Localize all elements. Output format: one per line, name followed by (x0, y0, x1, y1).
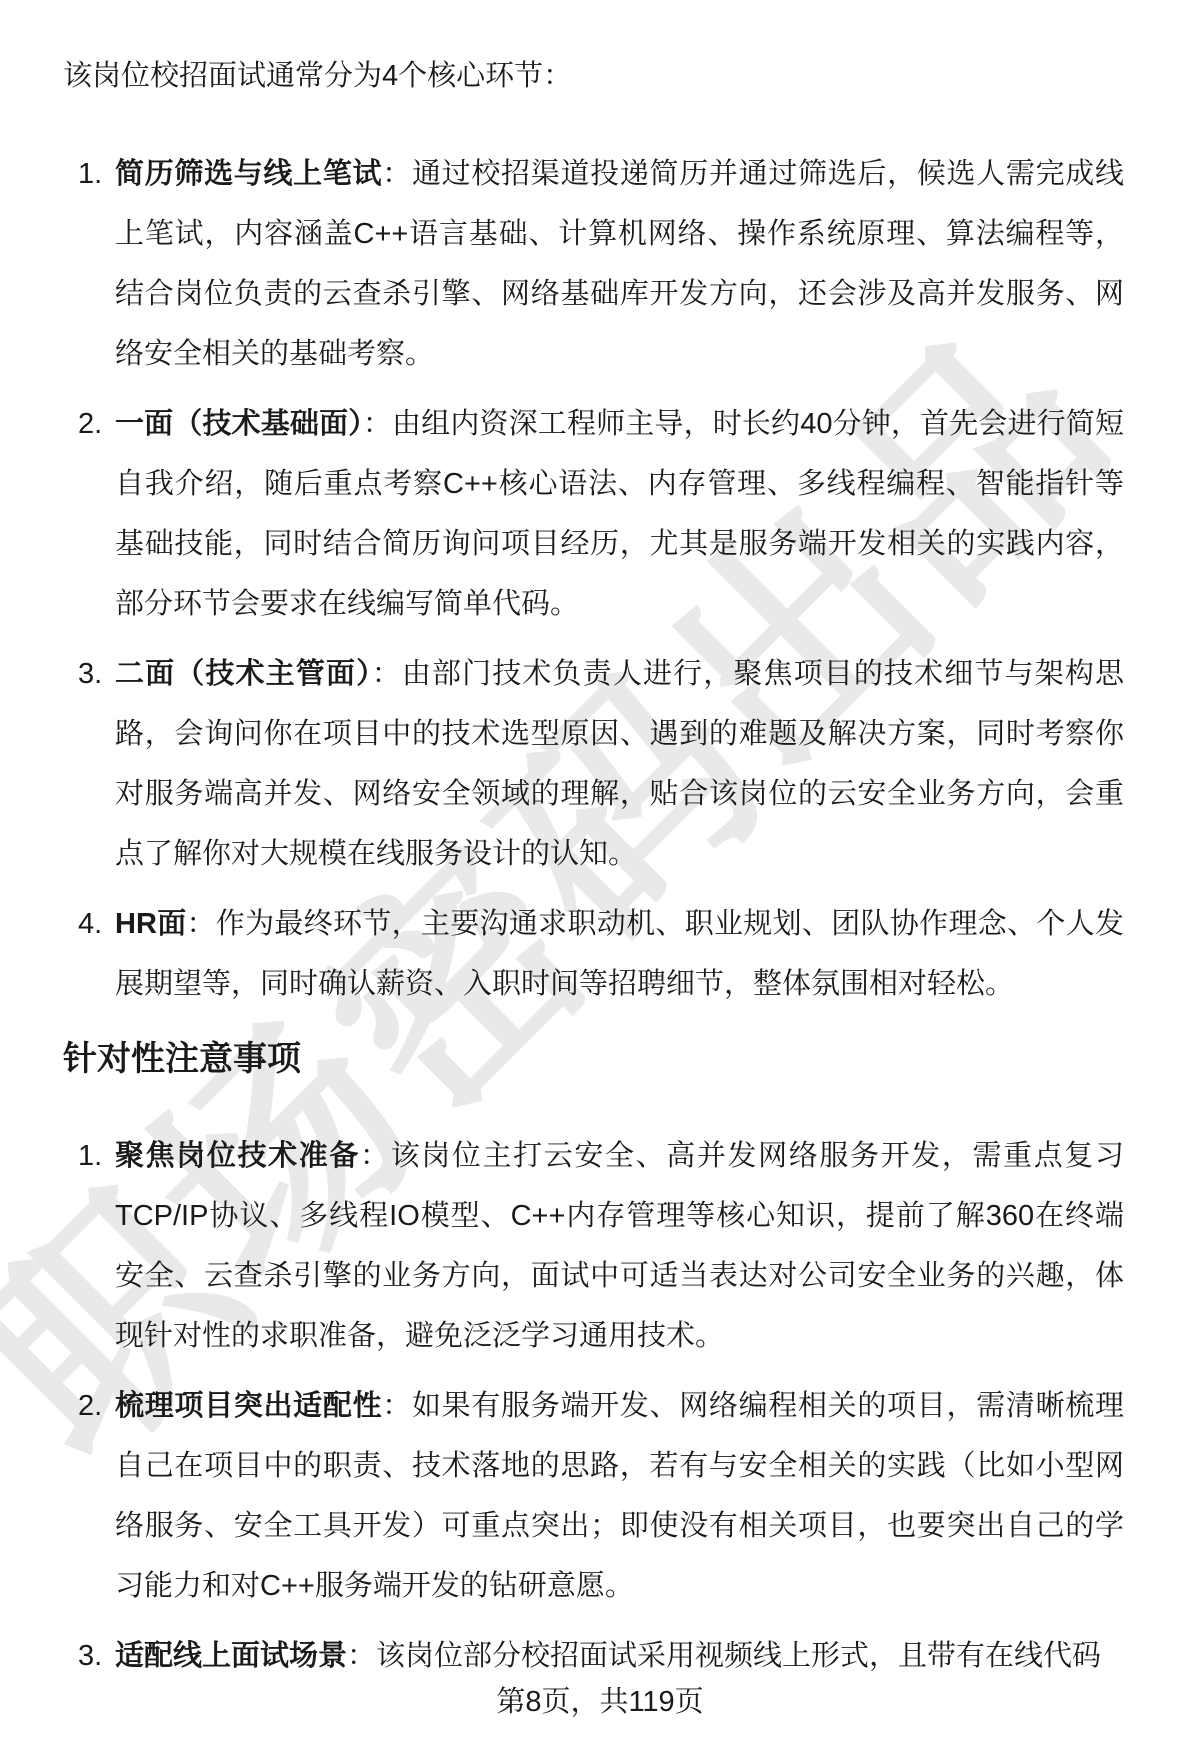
item-text: 聚焦岗位技术准备：该岗位主打云安全、高并发网络服务开发，需重点复习TCP/IP协… (115, 1126, 1124, 1366)
item-label: 适配线上面试场景 (115, 1640, 347, 1672)
page-footer: 第8页，共119页 (0, 1682, 1200, 1722)
list-item: 3. 二面（技术主管面）：由部门技术负责人进行，聚焦项目的技术细节与架构思路，会… (63, 644, 1124, 884)
item-number: 3. (78, 644, 115, 704)
item-text: HR面：作为最终环节，主要沟通求职动机、职业规划、团队协作理念、个人发展期望等，… (115, 894, 1124, 1014)
list-item: 2. 梳理项目突出适配性：如果有服务端开发、网络编程相关的项目，需清晰梳理自己在… (63, 1376, 1124, 1616)
item-number: 2. (78, 394, 115, 454)
notes-list: 1. 聚焦岗位技术准备：该岗位主打云安全、高并发网络服务开发，需重点复习TCP/… (63, 1126, 1124, 1686)
list-item: 1. 聚焦岗位技术准备：该岗位主打云安全、高并发网络服务开发，需重点复习TCP/… (63, 1126, 1124, 1366)
item-number: 3. (78, 1626, 115, 1686)
item-label: 简历筛选与线上笔试 (115, 158, 382, 190)
list-item: 1. 简历筛选与线上笔试：通过校招渠道投递简历并通过筛选后，候选人需完成线上笔试… (63, 144, 1124, 384)
list-item: 3. 适配线上面试场景：该岗位部分校招面试采用视频线上形式，且带有在线代码 (63, 1626, 1124, 1686)
item-text: 二面（技术主管面）：由部门技术负责人进行，聚焦项目的技术细节与架构思路，会询问你… (115, 644, 1124, 884)
item-body: ：该岗位部分校招面试采用视频线上形式，且带有在线代码 (347, 1640, 1101, 1672)
intro-text: 该岗位校招面试通常分为4个核心环节： (63, 58, 1124, 94)
item-body: ：作为最终环节，主要沟通求职动机、职业规划、团队协作理念、个人发展期望等，同时确… (115, 908, 1124, 1000)
item-number: 2. (78, 1376, 115, 1436)
item-number: 1. (78, 1126, 115, 1186)
item-label: 二面（技术主管面） (115, 658, 372, 690)
item-label: 一面（技术基础面） (115, 408, 363, 440)
list-item: 4. HR面：作为最终环节，主要沟通求职动机、职业规划、团队协作理念、个人发展期… (63, 894, 1124, 1014)
item-text: 一面（技术基础面）：由组内资深工程师主导，时长约40分钟，首先会进行简短自我介绍… (115, 394, 1124, 634)
interview-process-list: 1. 简历筛选与线上笔试：通过校招渠道投递简历并通过筛选后，候选人需完成线上笔试… (63, 144, 1124, 1014)
section-heading: 针对性注意事项 (63, 1036, 1124, 1082)
item-text: 简历筛选与线上笔试：通过校招渠道投递简历并通过筛选后，候选人需完成线上笔试，内容… (115, 144, 1124, 384)
item-label: 梳理项目突出适配性 (115, 1390, 382, 1422)
document-page: 该岗位校招面试通常分为4个核心环节： 1. 简历筛选与线上笔试：通过校招渠道投递… (63, 58, 1124, 1686)
list-item: 2. 一面（技术基础面）：由组内资深工程师主导，时长约40分钟，首先会进行简短自… (63, 394, 1124, 634)
item-text: 梳理项目突出适配性：如果有服务端开发、网络编程相关的项目，需清晰梳理自己在项目中… (115, 1376, 1124, 1616)
item-label: HR面 (115, 908, 187, 940)
item-label: 聚焦岗位技术准备 (115, 1140, 360, 1172)
item-text: 适配线上面试场景：该岗位部分校招面试采用视频线上形式，且带有在线代码 (115, 1626, 1124, 1686)
item-number: 1. (78, 144, 115, 204)
item-number: 4. (78, 894, 115, 954)
